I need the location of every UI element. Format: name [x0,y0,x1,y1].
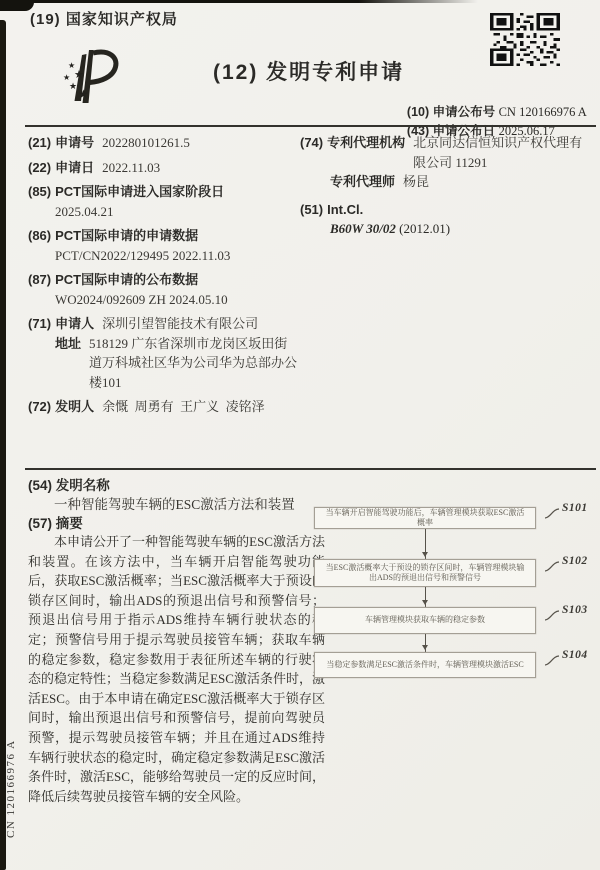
flow-step-label: S102 [544,555,588,573]
field-int-cl: (51)Int.Cl. [300,200,594,220]
field-abstract-label: (57) 摘要 [28,514,328,533]
divider [25,468,596,470]
field-inventors: (72)发明人余慨 周勇有 王广义 凌铭泽 [28,397,300,417]
patent-front-page: (19) 国家知识产权局 ★ ★ ★ ★ ★ (12) 发明专利申请 [0,0,600,870]
flow-step-box: 当稳定参数满足ESC激活条件时，车辆管理模块激活ESC [314,652,536,678]
office-name: (19) 国家知识产权局 [30,8,178,29]
pct-publication-data: WO2024/092609 ZH 2024.05.10 [55,290,300,310]
logo-star-icon: ★ [74,70,84,81]
scan-edge-top [0,0,478,3]
field-pct-application-data: (86)PCT国际申请的申请数据 [28,226,300,246]
field-applicant: (71)申请人深圳引望智能技术有限公司 [28,314,300,334]
invention-title-section: (54) 发明名称 一种智能驾驶车辆的ESC激活方法和装置 (57) 摘要 [28,476,328,533]
document-type-title: (12) 发明专利申请 [213,56,404,86]
field-application-date: (22)申请日2022.11.03 [28,158,300,178]
flow-arrow-icon [425,529,426,559]
side-publication-number: CN 120166976 A [5,688,17,838]
flow-step-label: S104 [544,649,588,667]
logo-star-icon: ★ [78,88,89,100]
field-application-number: (21)申请号202280101261.5 [28,133,300,153]
flow-step-box: 当ESC激活概率大于预设的锁存区间时，车辆管理模块输出ADS的预退出信号和预警信… [314,559,536,587]
field-patent-agency: (74)专利代理机构北京同达信恒知识产权代理有限公司 11291 [300,133,594,172]
abstract-figure-flowchart: 当车辆开启智能驾驶功能后，车辆管理模块获取ESC激活概率 当ESC激活概率大于预… [312,498,600,706]
abstract-text: 本申请公开了一种智能驾驶车辆的ESC激活方法和装置。在该方法中，当车辆开启智能驾… [28,532,325,806]
qr-code [490,13,560,66]
pct-national-entry-date: 2025.04.21 [55,202,300,222]
field-invention-title-label: (54) 发明名称 [28,476,328,495]
field-pct-publication-data: (87)PCT国际申请的公布数据 [28,270,300,290]
flow-arrow-icon [425,634,426,652]
field-applicant-address: 地址518129 广东省深圳市龙岗区坂田街道万科城社区华为公司华为总部办公楼10… [55,334,300,393]
cnipa-logo: ★ ★ ★ ★ ★ [52,46,124,108]
ipc-classification: B60W 30/02 (2012.01) [330,219,594,239]
biblio-right-column: (74)专利代理机构北京同达信恒知识产权代理有限公司 11291 专利代理师杨昆… [300,133,594,239]
pct-application-data: PCT/CN2022/129495 2022.11.03 [55,246,300,266]
scan-edge-corner [0,0,34,11]
flow-step-box: 当车辆开启智能驾驶功能后，车辆管理模块获取ESC激活概率 [314,507,536,529]
flow-step-box: 车辆管理模块获取车辆的稳定参数 [314,607,536,634]
logo-star-icon: ★ [69,82,77,91]
divider [25,125,596,127]
biblio-left-column: (21)申请号202280101261.5 (22)申请日2022.11.03 … [28,133,300,417]
field-pct-national-entry: (85)PCT国际申请进入国家阶段日 [28,182,300,202]
flow-arrow-icon [425,587,426,607]
invention-title: 一种智能驾驶车辆的ESC激活方法和装置 [54,495,328,514]
flow-step-label: S103 [544,604,588,622]
field-patent-agent: 专利代理师杨昆 [330,172,594,192]
flow-step-label: S101 [544,502,588,520]
